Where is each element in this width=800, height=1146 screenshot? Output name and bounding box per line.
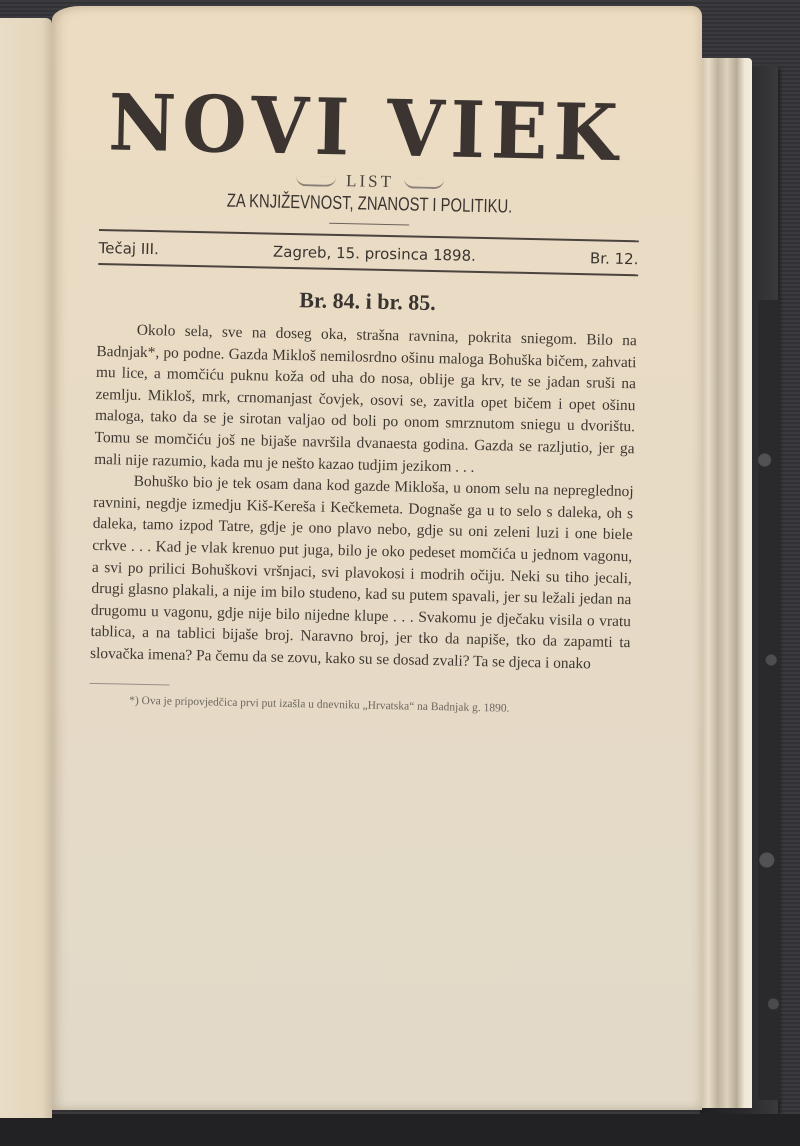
article-paragraph: Bohuško bio je tek osam dana kod gazde M… (90, 470, 634, 676)
place-date: Zagreb, 15. prosinca 1898. (273, 243, 476, 265)
volume-label: Tečaj III. (98, 239, 159, 258)
ornament-divider (329, 223, 409, 226)
book-cover-marbling (758, 300, 780, 1100)
article-body: Okolo sela, sve na doseg oka, strašna ra… (90, 319, 637, 676)
masthead-title: NOVI VIEK (90, 84, 642, 173)
article-title: Br. 84. i br. 85. (97, 283, 637, 320)
left-page-edge (0, 18, 52, 1118)
ornament-swash-left (296, 176, 336, 187)
ornament-swash-right (404, 178, 444, 189)
article-paragraph: Okolo sela, sve na doseg oka, strašna ra… (94, 319, 637, 481)
page-content: NOVI VIEK LIST ZA KNJIŽEVNOST, ZNANOST I… (89, 86, 642, 720)
footnote: *) Ova je pripovjedčica prvi put izašla … (89, 691, 629, 719)
footnote-text: *) Ova je pripovjedčica prvi put izašla … (129, 694, 510, 714)
footnote-rule (89, 682, 169, 685)
book-cover-bottom (0, 1114, 800, 1146)
issue-number: Br. 12. (590, 249, 639, 268)
book-page: NOVI VIEK LIST ZA KNJIŽEVNOST, ZNANOST I… (52, 6, 702, 1110)
